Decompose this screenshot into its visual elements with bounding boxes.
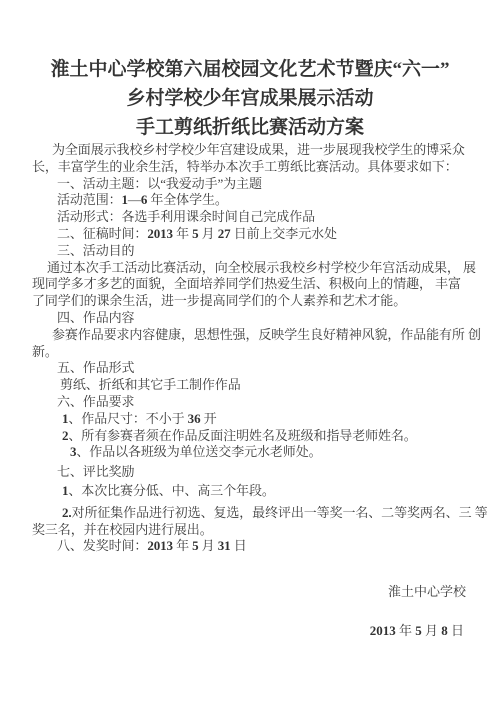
doc-line: 新。: [32, 344, 500, 361]
doc-line: 活动范围：1—6 年全体学生。: [32, 192, 500, 209]
document-title: 淮土中心学校第六届校园文化艺术节暨庆“六一” 乡村学校少年宫成果展示活动 手工剪…: [0, 0, 500, 142]
doc-line: 2.对所征集作品进行初选、复选，最终评出一等奖一名、二等奖两名、三 等: [32, 505, 500, 522]
document-body: 为全面展示我校乡村学校少年宫建设成果，进一步展现我校学生的博采众长，丰富学生的业…: [0, 142, 500, 555]
doc-line: 了同学们的课余生活，进一步提高同学们的个人素养和艺术才能。: [32, 293, 500, 310]
document-footer: 淮土中心学校 2013 年 5 月 8 日: [0, 583, 500, 639]
doc-line: 三、活动目的: [32, 243, 500, 260]
title-line-3: 手工剪纸折纸比赛活动方案: [0, 113, 500, 142]
doc-line: 参赛作品要求内容健康，思想性强，反映学生良好精神风貌，作品能有所 创: [32, 327, 500, 344]
doc-line: 四、作品内容: [32, 310, 500, 327]
signature: 淮土中心学校: [0, 583, 500, 600]
doc-line: 五、作品形式: [32, 360, 500, 377]
document-page: 淮土中心学校第六届校园文化艺术节暨庆“六一” 乡村学校少年宫成果展示活动 手工剪…: [0, 0, 500, 707]
doc-line: 二、征稿时间：2013 年 5 月 27 日前上交李元水处: [32, 226, 500, 243]
doc-line: 1、作品尺寸：不小于 36 开: [32, 411, 500, 428]
doc-line: 现同学多才多艺的面貌，全面培养同学们热爱生活、积极向上的情趣， 丰富: [32, 276, 500, 293]
doc-line: 七、评比奖励: [32, 464, 500, 481]
doc-line: 2、所有参赛者须在作品反面注明姓名及班级和指导老师姓名。: [32, 428, 500, 445]
doc-line: 剪纸、折纸和其它手工制作作品: [32, 377, 500, 394]
doc-line: 六、作品要求: [32, 394, 500, 411]
doc-line: 1、本次比赛分低、中、高三个年段。: [32, 483, 500, 500]
doc-line: 通过本次手工活动比赛活动，向全校展示我校乡村学校少年宫活动成果， 展: [32, 260, 500, 277]
doc-line: 活动形式：各选手利用课余时间自己完成作品: [32, 209, 500, 226]
document-date: 2013 年 5 月 8 日: [0, 622, 500, 639]
title-line-1: 淮土中心学校第六届校园文化艺术节暨庆“六一”: [0, 55, 500, 84]
doc-line: 一、活动主题：以“我爱动手”为主题: [32, 176, 500, 193]
doc-line: 为全面展示我校乡村学校少年宫建设成果，进一步展现我校学生的博采众: [32, 142, 500, 159]
doc-line: 3、作品以各班级为单位送交李元水老师处。: [32, 444, 500, 461]
doc-line: 奖三名，并在校园内进行展出。: [32, 522, 500, 539]
doc-line: 长，丰富学生的业余生活，特举办本次手工剪纸比赛活动。具体要求如下：: [32, 159, 500, 176]
title-line-2: 乡村学校少年宫成果展示活动: [0, 84, 500, 113]
doc-line: 八、发奖时间：2013 年 5 月 31 日: [32, 538, 500, 555]
